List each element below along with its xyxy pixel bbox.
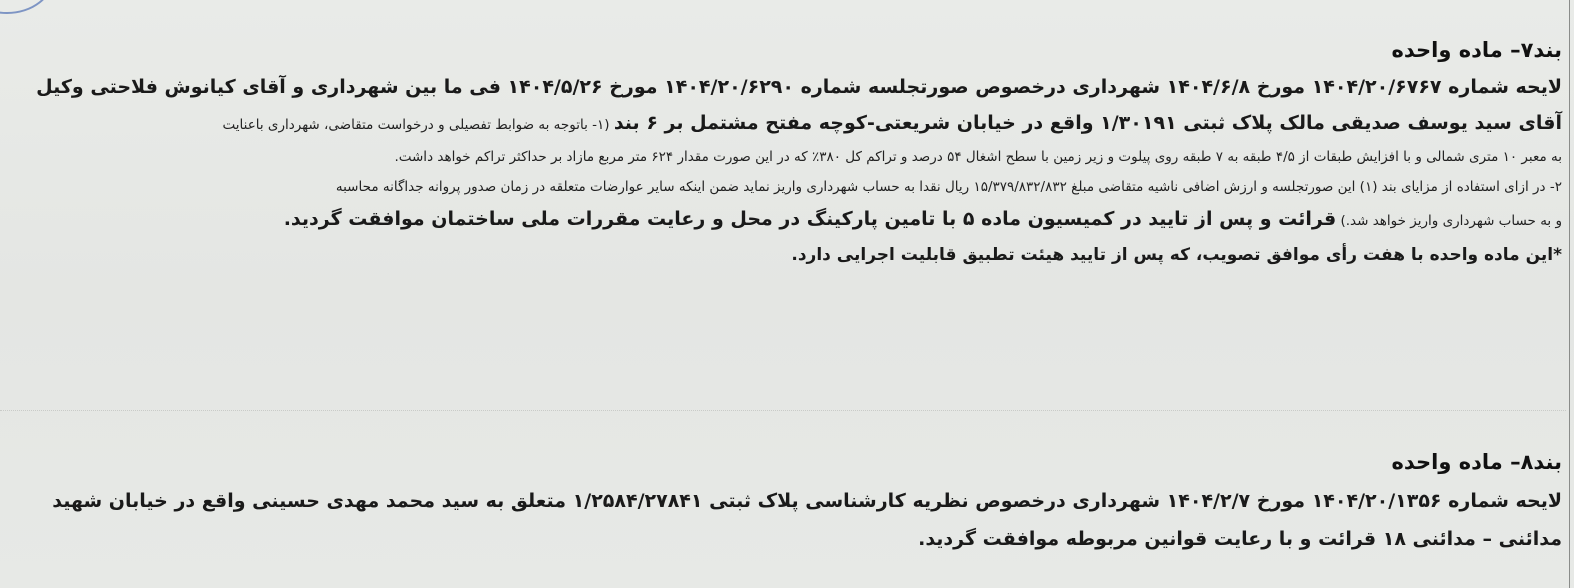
stamp-mark-icon <box>0 0 54 14</box>
scanned-document-page: بند۷– ماده واحده لایحه شماره ۱۴۰۴/۲۰/۶۷۶… <box>0 0 1574 588</box>
section-7-resolution: قرائت و پس از تایید در کمیسیون ماده ۵ با… <box>284 208 1336 230</box>
section-7-line-2-bold: آقای سید یوسف صدیقی مالک پلاک ثبتی ۱/۳۰۱… <box>614 112 1562 134</box>
section-8: بند۸– ماده واحده لایحه شماره ۱۴۰۴/۲۰/۱۳۵… <box>8 448 1562 558</box>
section-7-line-5: و به حساب شهرداری واریز خواهد شد.) قرائت… <box>8 202 1562 238</box>
section-7-line-5-normal: و به حساب شهرداری واریز خواهد شد.) <box>1336 213 1562 229</box>
section-8-line-2-plain: مدائنی – مدائنی ۱۸ قرائت و <box>1293 528 1562 550</box>
section-7-approval-note: *این ماده واحده با هفت رأی موافق تصویب، … <box>8 238 1562 274</box>
section-7-line-2: آقای سید یوسف صدیقی مالک پلاک ثبتی ۱/۳۰۱… <box>8 106 1562 142</box>
section-7-line-3: به معبر ۱۰ متری شمالی و با افزایش طبقات … <box>8 142 1562 172</box>
section-7: بند۷– ماده واحده لایحه شماره ۱۴۰۴/۲۰/۶۷۶… <box>8 36 1562 274</box>
section-8-heading: بند۸– ماده واحده <box>8 448 1562 476</box>
margin-rule <box>1569 0 1570 588</box>
section-8-line-1: لایحه شماره ۱۴۰۴/۲۰/۱۳۵۶ مورخ ۱۴۰۴/۲/۷ ش… <box>8 482 1562 520</box>
section-7-line-2-normal: (۱- باتوجه به ضوابط تفصیلی و درخواست متق… <box>223 117 614 133</box>
section-7-line-4: ۲- در ازای استفاده از مزایای بند (۱) این… <box>8 172 1562 202</box>
section-8-line-2: مدائنی – مدائنی ۱۸ قرائت و با رعایت قوان… <box>8 520 1562 558</box>
section-8-resolution: با رعایت قوانین مربوطه موافقت گردید. <box>918 528 1293 550</box>
section-7-heading: بند۷– ماده واحده <box>8 36 1562 64</box>
section-divider <box>0 410 1566 412</box>
section-7-line-1: لایحه شماره ۱۴۰۴/۲۰/۶۷۶۷ مورخ ۱۴۰۴/۶/۸ ش… <box>8 70 1562 106</box>
